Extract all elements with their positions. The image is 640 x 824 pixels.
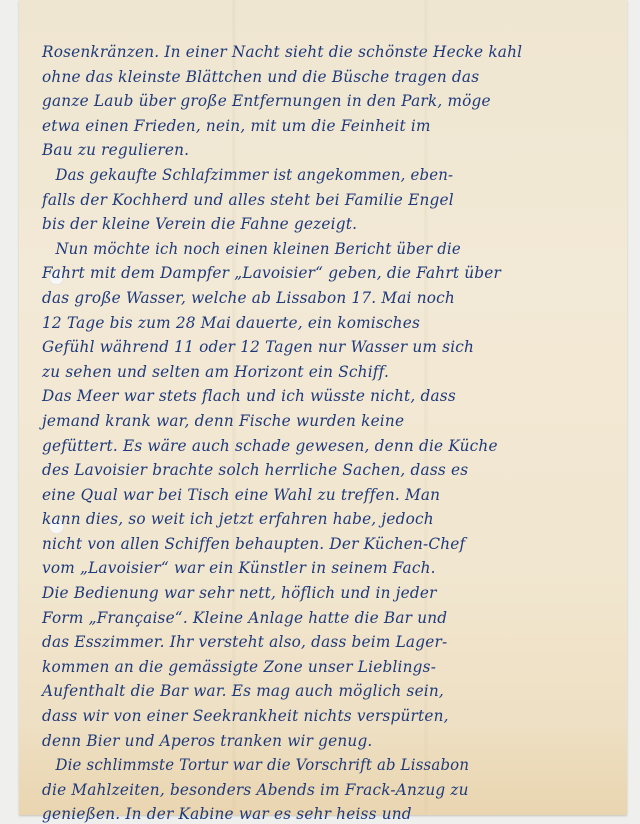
letter-text: Rosenkränzen. In einer Nacht sieht die s…	[42, 40, 610, 824]
handwritten-line: denn Bier und Aperos tranken wir genug.	[42, 729, 602, 754]
handwritten-line: zu sehen und selten am Horizont ein Schi…	[42, 360, 602, 385]
handwritten-line: das große Wasser, welche ab Lissabon 17.…	[42, 286, 602, 311]
handwritten-line: Aufenthalt die Bar war. Es mag auch mögl…	[42, 679, 602, 704]
handwritten-line: Bau zu regulieren.	[42, 138, 602, 163]
handwritten-line: bis der kleine Verein die Fahne gezeigt.	[42, 212, 602, 237]
handwritten-line: Fahrt mit dem Dampfer „Lavoisier“ geben,…	[42, 261, 602, 286]
handwritten-line: Gefühl während 11 oder 12 Tagen nur Wass…	[42, 335, 602, 360]
handwritten-line: gefüttert. Es wäre auch schade gewesen, …	[42, 434, 602, 459]
handwritten-line: ganze Laub über große Entfernungen in de…	[42, 89, 602, 114]
handwritten-line: kann dies, so weit ich jetzt erfahren ha…	[42, 507, 602, 532]
handwritten-line: nicht von allen Schiffen behaupten. Der …	[42, 532, 602, 557]
handwritten-line: Nun möchte ich noch einen kleinen Berich…	[42, 237, 588, 262]
handwritten-line: das Esszimmer. Ihr versteht also, dass b…	[42, 630, 602, 655]
handwritten-line: etwa einen Frieden, nein, mit um die Fei…	[42, 114, 602, 139]
handwritten-line: jemand krank war, denn Fische wurden kei…	[42, 409, 602, 434]
handwritten-line: Das gekaufte Schlafzimmer ist angekommen…	[42, 163, 588, 188]
handwritten-line: Rosenkränzen. In einer Nacht sieht die s…	[42, 40, 602, 65]
handwritten-line: die Mahlzeiten, besonders Abends im Frac…	[42, 778, 602, 803]
handwritten-line: vom „Lavoisier“ war ein Künstler in sein…	[42, 556, 602, 581]
handwritten-line: kommen an die gemässigte Zone unser Lieb…	[42, 655, 602, 680]
handwritten-line: dass wir von einer Seekrankheit nichts v…	[42, 704, 602, 729]
handwritten-line: Die Bedienung war sehr nett, höflich und…	[42, 581, 602, 606]
handwritten-line: eine Qual war bei Tisch eine Wahl zu tre…	[42, 483, 602, 508]
handwritten-line: falls der Kochherd und alles steht bei F…	[42, 188, 602, 213]
handwritten-line: ohne das kleinste Blättchen und die Büsc…	[42, 65, 602, 90]
handwritten-line: Das Meer war stets flach und ich wüsste …	[42, 384, 602, 409]
handwritten-line: 12 Tage bis zum 28 Mai dauerte, ein komi…	[42, 311, 602, 336]
handwritten-line: Form „Française“. Kleine Anlage hatte di…	[42, 606, 602, 631]
handwritten-line: Die schlimmste Tortur war die Vorschrift…	[42, 753, 588, 778]
handwritten-line: des Lavoisier brachte solch herrliche Sa…	[42, 458, 602, 483]
handwritten-line: genießen. In der Kabine war es sehr heis…	[42, 802, 602, 824]
